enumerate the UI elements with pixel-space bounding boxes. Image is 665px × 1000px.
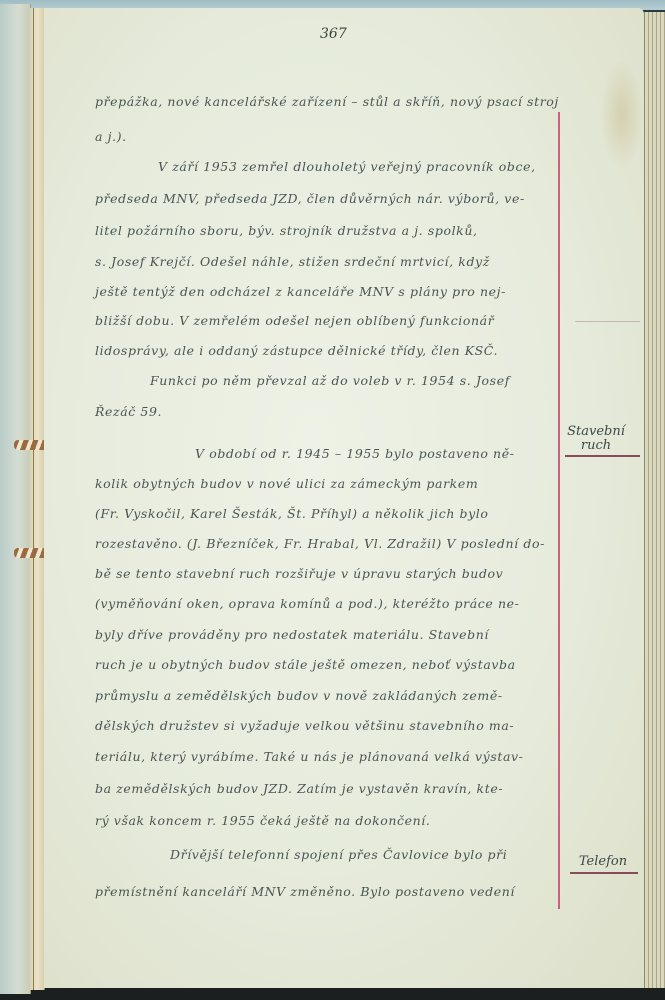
text-line: lidosprávy, ale i oddaný zástupce dělnic…	[95, 343, 498, 358]
text-line: ba zemědělských budov JZD. Zatím je vyst…	[95, 781, 503, 796]
margin-note-line-1: Telefon	[573, 855, 633, 869]
text-line: Funkci po něm převzal až do voleb v r. 1…	[150, 373, 510, 388]
text-line: byly dříve prováděny pro nedostatek mate…	[95, 627, 489, 642]
text-line: Řezáč 59.	[95, 404, 162, 419]
text-line: rý však koncem r. 1955 čeká ještě na dok…	[95, 813, 430, 828]
background-bottom	[0, 988, 665, 1000]
text-line: (vyměňování oken, oprava komínů a pod.),…	[95, 596, 519, 611]
text-line: bližší dobu. V zemřelém odešel nejen obl…	[95, 313, 494, 328]
text-line: ruch je u obytných budov stále ještě ome…	[95, 657, 516, 672]
text-line: rozestavěno. (J. Březníček, Fr. Hrabal, …	[95, 536, 545, 551]
text-line: bě se tento stavební ruch rozšiřuje v úp…	[95, 566, 503, 581]
text-line: průmyslu a zemědělských budov v nově zak…	[95, 688, 503, 703]
text-line: (Fr. Vyskočil, Karel Šesták, Št. Příhyl)…	[95, 506, 489, 521]
text-line: kolik obytných budov v nové ulici za zám…	[95, 476, 478, 491]
previous-page-edge	[0, 4, 31, 994]
text-line: dělských družstev si vyžaduje velkou vět…	[95, 718, 514, 733]
margin-note-underline	[570, 872, 638, 874]
faint-margin-rule	[575, 321, 640, 322]
text-line: teriálu, který vyrábíme. Také u nás je p…	[95, 749, 524, 764]
text-line: přepážka, nové kancelářské zařízení – st…	[95, 94, 559, 109]
margin-note-line-2: ruch	[566, 439, 626, 453]
text-line: s. Josef Krejčí. Odešel náhle, stižen sr…	[95, 254, 490, 269]
text-line: V září 1953 zemřel dlouholetý veřejný pr…	[158, 159, 536, 174]
margin-note-stavebni-ruch: Stavební ruch	[566, 425, 626, 453]
text-line: litel požárního sboru, býv. strojník dru…	[95, 223, 478, 238]
page-stack-edges	[644, 12, 665, 988]
text-line: Dřívější telefonní spojení přes Čavlovic…	[170, 847, 507, 862]
text-line: předseda MNV, předseda JZD, člen důvěrný…	[95, 191, 525, 206]
margin-rule-line	[558, 112, 560, 909]
margin-note-line-1: Stavební	[566, 425, 626, 439]
text-line: a j.).	[95, 129, 127, 144]
text-line: přemístnění kanceláří MNV změněno. Bylo …	[95, 884, 515, 899]
text-line: V období od r. 1945 – 1955 bylo postaven…	[195, 446, 515, 461]
paper-stain	[600, 60, 644, 170]
spine-fold-line	[33, 8, 34, 990]
text-line: ještě tentýž den odcházel z kanceláře MN…	[95, 284, 506, 299]
margin-note-underline	[565, 455, 640, 457]
margin-note-telefon: Telefon	[573, 855, 633, 869]
page-number: 367	[320, 26, 347, 42]
chronicle-page	[44, 8, 644, 988]
